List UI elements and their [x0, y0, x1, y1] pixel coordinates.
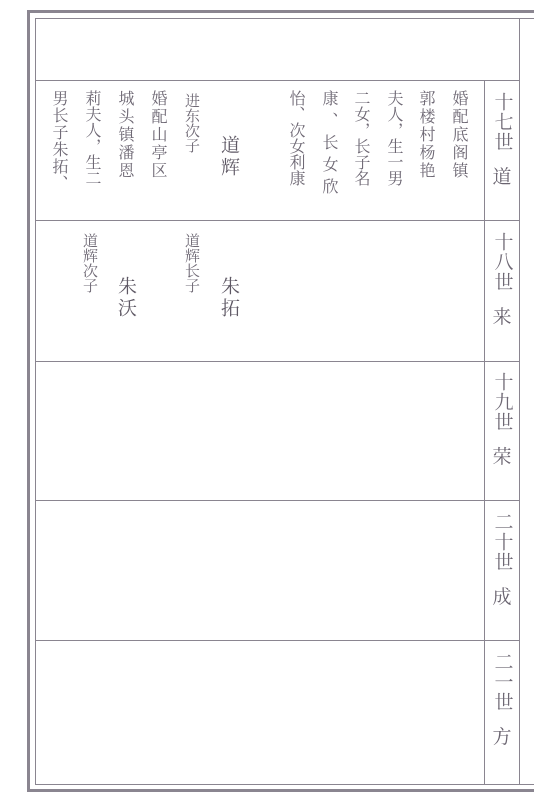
person-name: 朱沃: [116, 276, 135, 320]
person-name: 道辉: [219, 135, 238, 179]
lineage-note: 道辉次子: [82, 233, 97, 293]
generation-cell-17: 十七世 道: [485, 92, 519, 188]
row-divider-17: [35, 220, 519, 221]
right-column-divider: [519, 18, 520, 785]
generation-cell-20: 二十世 成: [485, 512, 519, 608]
generation-cell-18: 十八世 来: [485, 232, 519, 328]
generation-label: 十七世: [493, 92, 512, 152]
lineage-note: 道辉长子: [184, 233, 199, 293]
generation-label: 二十世: [493, 512, 512, 572]
entry-text-column: 二女，长子名: [353, 90, 369, 186]
entry-text-column: 郭楼村杨艳: [418, 90, 434, 180]
generation-label: 二一世: [493, 652, 512, 712]
entry-text-column: 怡、次女利康: [288, 90, 304, 186]
generation-label: 十九世: [493, 372, 512, 432]
person-name: 朱拓: [219, 276, 238, 320]
entry-text-column: 城头镇潘恩: [117, 90, 133, 180]
row-divider-18: [35, 361, 519, 362]
generation-character: 成: [492, 586, 511, 608]
generation-character: 荣: [492, 446, 511, 468]
generation-character: 方: [492, 726, 511, 748]
generation-cell-21: 二一世 方: [485, 652, 519, 748]
generation-character: 道: [492, 166, 511, 188]
entry-text-column: 康、长女欣: [321, 90, 337, 200]
generation-character: 来: [492, 306, 511, 328]
entry-text-column: 婚配山亭区: [150, 90, 166, 180]
entry-text-column: 男长子朱拓、: [51, 90, 67, 192]
entry-text-column: 莉夫人，生二: [84, 90, 100, 186]
row-divider-header: [35, 80, 519, 81]
generation-label: 十八世: [493, 232, 512, 292]
entry-text-column: 夫人，生一男: [386, 90, 402, 186]
entry-text-column: 婚配底阁镇: [451, 90, 467, 180]
row-divider-20: [35, 640, 519, 641]
row-divider-19: [35, 500, 519, 501]
lineage-note: 进东次子: [184, 93, 199, 153]
generation-cell-19: 十九世 荣: [485, 372, 519, 468]
